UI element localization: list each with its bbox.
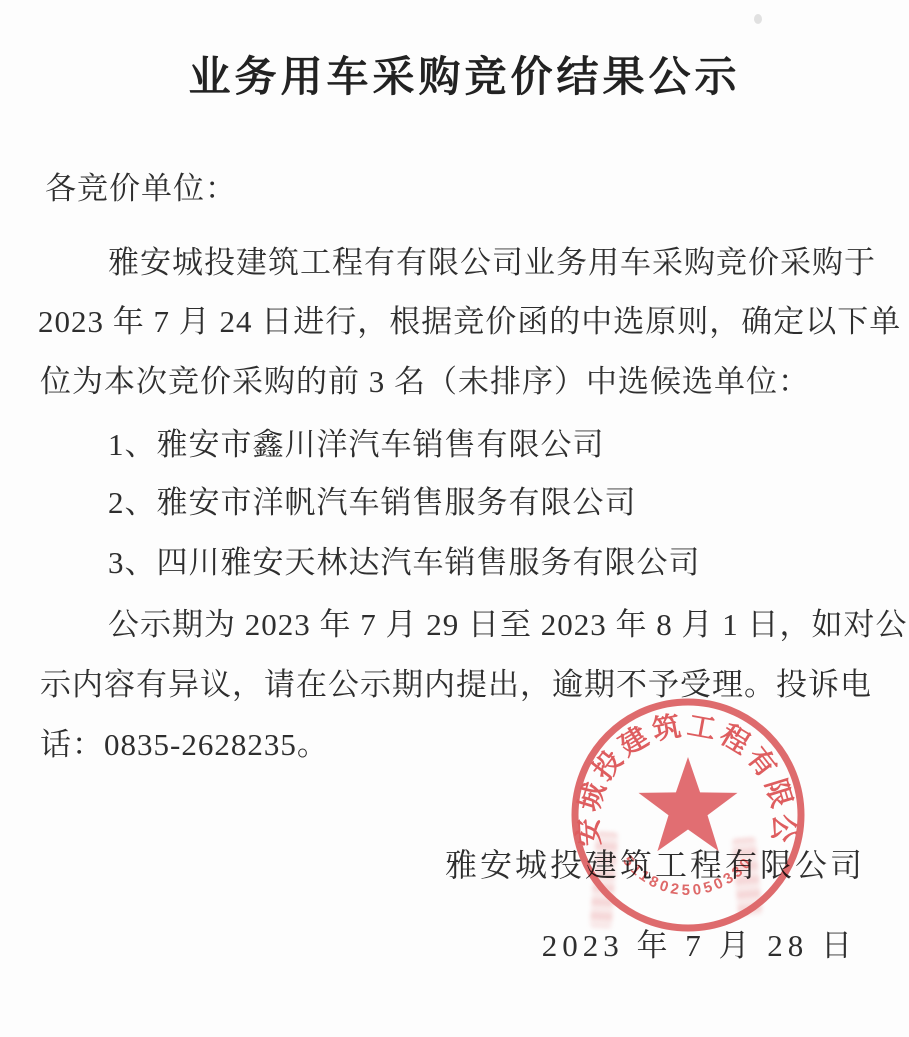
salutation: 各竞价单位： [45,163,237,208]
winner-item-1: 1、雅安市鑫川洋汽车销售有限公司 [108,419,605,464]
signature-date: 2023 年 7 月 28 日 [445,920,857,965]
seal-star-icon [639,757,738,851]
scanned-document-page: 业务用车采购竞价结果公示 各竞价单位： 雅安城投建筑工程有有限公司业务用车采购竞… [0,0,909,1037]
document-title: 业务用车采购竞价结果公示 [10,44,909,104]
paragraph2-phone-line: 话：0835-2628235。 [40,719,329,764]
paragraph2-line1: 公示期为 2023 年 7 月 29 日至 2023 年 8 月 1 日，如对公 [108,599,908,644]
paragraph2-line2: 示内容有异议，请在公示期内提出，逾期不予受理。投诉电 [40,659,872,704]
scan-artifact-speck [754,14,762,24]
paragraph1-line3: 位为本次竞价采购的前 3 名（未排序）中选候选单位： [40,356,810,401]
paragraph1-line2: 2023 年 7 月 24 日进行，根据竞价函的中选原则，确定以下单 [38,296,901,341]
winner-item-3: 3、四川雅安天林达汽车销售服务有限公司 [108,537,701,582]
signature-block: 雅安城投建筑工程有限公司 2023 年 7 月 28 日 [445,840,865,965]
winner-item-2: 2、雅安市洋帆汽车销售服务有限公司 [108,477,637,522]
signature-company-name: 雅安城投建筑工程有限公司 [445,840,865,886]
paragraph1-line1: 雅安城投建筑工程有有限公司业务用车采购竞价采购于 [108,237,876,282]
